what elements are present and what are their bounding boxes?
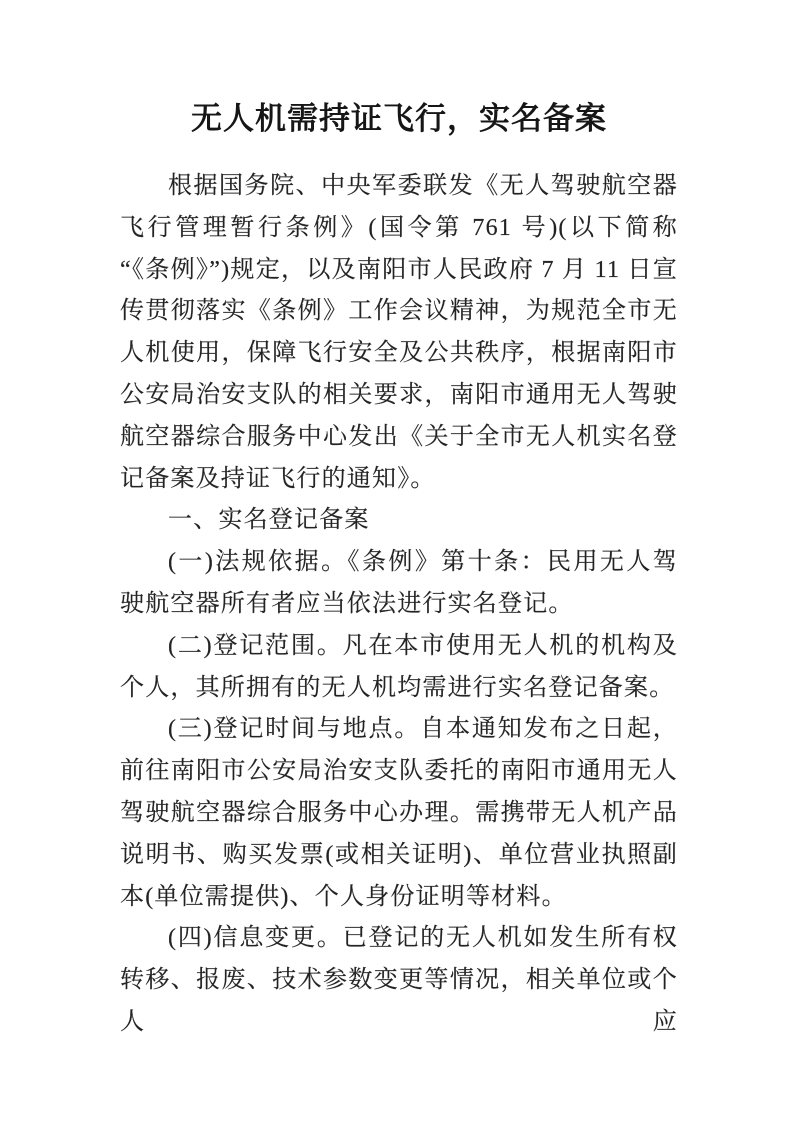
item-1-legal-basis: (一)法规依据。《条例》第十条：民用无人驾驶航空器所有者应当依法进行实名登记。 [120, 542, 678, 626]
item-4-information-change: (四)信息变更。已登记的无人机如发生所有权转移、报废、技术参数变更等情况，相关单… [120, 918, 678, 1043]
item-3-registration-time-place: (三)登记时间与地点。自本通知发布之日起，前往南阳市公安局治安支队委托的南阳市通… [120, 709, 678, 918]
intro-paragraph: 根据国务院、中央军委联发《无人驾驶航空器飞行管理暂行条例》(国令第 761 号)… [120, 166, 678, 500]
document-title-text: 无人机需持证飞行，实名备案 [191, 101, 607, 136]
document-title: 无人机需持证飞行，实名备案 [120, 98, 678, 140]
document-content: 无人机需持证飞行，实名备案 根据国务院、中央军委联发《无人驾驶航空器飞行管理暂行… [120, 98, 678, 1044]
section-heading-real-name-registration: 一、实名登记备案 [120, 500, 678, 542]
document-page: 无人机需持证飞行，实名备案 根据国务院、中央军委联发《无人驾驶航空器飞行管理暂行… [0, 0, 800, 1131]
item-2-registration-scope: (二)登记范围。凡在本市使用无人机的机构及个人，其所拥有的无人机均需进行实名登记… [120, 626, 678, 710]
document-body: 根据国务院、中央军委联发《无人驾驶航空器飞行管理暂行条例》(国令第 761 号)… [120, 166, 678, 1044]
